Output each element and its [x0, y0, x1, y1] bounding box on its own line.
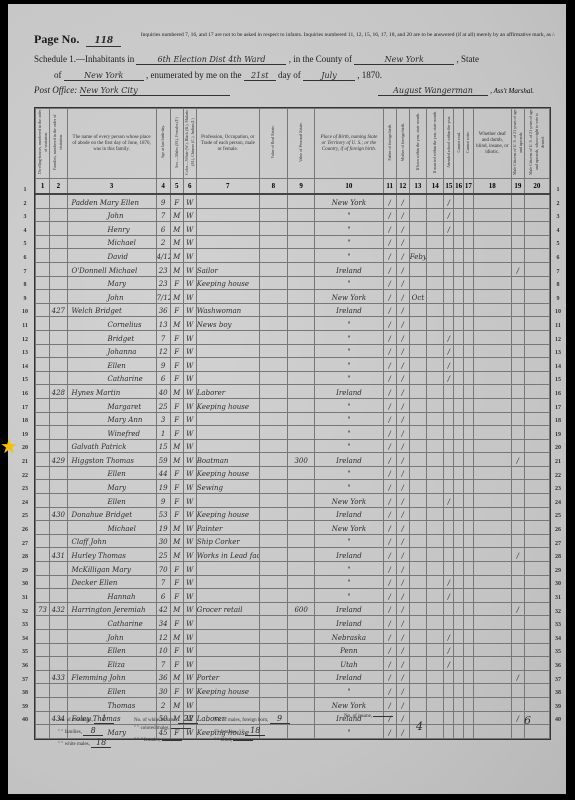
cell-age: 25: [156, 398, 170, 412]
line-number: 1: [551, 187, 565, 193]
cell-c14: [427, 643, 444, 657]
cell-c20: [524, 194, 549, 208]
cell-family: [50, 249, 67, 263]
cell-c17: [464, 616, 474, 630]
cell-personal: [288, 194, 315, 208]
cell-color: W: [183, 317, 196, 331]
cell-age: 40: [156, 385, 170, 399]
cell-color: W: [183, 371, 196, 385]
star-icon: ★: [0, 438, 18, 456]
cell-occupation: Sailor: [196, 262, 259, 276]
cell-c13: [409, 276, 426, 290]
state-label: , State: [456, 54, 479, 64]
cell-c12: /: [396, 290, 409, 304]
cell-c20: [524, 317, 549, 331]
cell-name: Bridget: [67, 330, 156, 344]
cell-c17: [464, 235, 474, 249]
line-number: 21: [551, 459, 565, 465]
cell-c20: [524, 643, 549, 657]
cell-personal: [288, 589, 315, 603]
table-row: Michael2MW"//: [36, 235, 550, 249]
cell-family: [50, 344, 67, 358]
table-row: Galvath Patrick15MW"//: [36, 439, 550, 453]
col-num: 4: [156, 179, 170, 195]
cell-c17: [464, 643, 474, 657]
cell-occupation: [196, 643, 259, 657]
cell-color: W: [183, 290, 196, 304]
col-header-13: If born within the year, state month.: [409, 109, 426, 179]
cell-c13: [409, 562, 426, 576]
foreign-males-count: 9: [270, 714, 290, 724]
col-header-1: Dwelling-houses, numbered in the order o…: [36, 109, 50, 179]
line-number: 7: [551, 269, 565, 275]
cell-name: Mary: [67, 276, 156, 290]
cell-c14: [427, 371, 444, 385]
line-number: 23: [551, 486, 565, 492]
cell-c19: /: [511, 453, 524, 467]
cell-c16: [454, 548, 464, 562]
cell-c14: [427, 684, 444, 698]
cell-c15: [444, 398, 454, 412]
table-row: Claff John30MWShip Corker"//: [36, 534, 550, 548]
cell-age: 30: [156, 684, 170, 698]
cell-c13: [409, 262, 426, 276]
cell-c17: [464, 684, 474, 698]
cell-c17: [464, 589, 474, 603]
line-number: 18: [16, 418, 34, 424]
table-row: 431Hurley Thomas25MWWorks in Lead factor…: [36, 548, 550, 562]
cell-c20: [524, 358, 549, 372]
cell-c15: /: [444, 208, 454, 222]
page-number: Page No. 118: [34, 32, 121, 47]
cell-c11: /: [383, 480, 396, 494]
cell-c18: [473, 562, 511, 576]
cell-c11: /: [383, 317, 396, 331]
line-number: 5: [16, 241, 34, 247]
cell-c16: [454, 466, 464, 480]
cell-c14: [427, 194, 444, 208]
cell-c17: [464, 657, 474, 671]
col-header-14: If married within the year, state month.: [427, 109, 444, 179]
cell-personal: [288, 358, 315, 372]
cell-c16: [454, 630, 464, 644]
col-header-6: Color.—White (W.), Black (B.), Mulatto (…: [183, 109, 196, 179]
cell-family: [50, 371, 67, 385]
cell-c11: /: [383, 453, 396, 467]
table-row: Decker Ellen7FW"///: [36, 575, 550, 589]
cell-c12: /: [396, 670, 409, 684]
table-row: John7/12MWNew York//Oct: [36, 290, 550, 304]
cell-sex: M: [170, 222, 183, 236]
col-header-17: Cannot write.: [464, 109, 474, 179]
cell-c18: [473, 657, 511, 671]
cell-c18: [473, 616, 511, 630]
line-number: 35: [16, 649, 34, 655]
line-number: 3: [551, 214, 565, 220]
cell-c17: [464, 412, 474, 426]
line-number: 20: [16, 445, 34, 451]
cell-c20: [524, 630, 549, 644]
line-number: 24: [551, 500, 565, 506]
cell-occupation: [196, 630, 259, 644]
cell-personal: [288, 684, 315, 698]
line-number: 19: [16, 432, 34, 438]
cell-name: Padden Mary Ellen: [67, 194, 156, 208]
cell-c13: [409, 548, 426, 562]
cell-birthplace: ": [315, 208, 383, 222]
line-number: 15: [16, 377, 34, 383]
enumerated-label: , enumerated by me on the: [146, 70, 241, 80]
cell-c17: [464, 548, 474, 562]
cell-birthplace: ": [315, 222, 383, 236]
cell-sex: M: [170, 439, 183, 453]
post-office-field: New York City: [80, 86, 230, 96]
cell-c12: /: [396, 643, 409, 657]
families-count: 8: [83, 726, 103, 736]
cell-color: W: [183, 630, 196, 644]
of-label: of: [54, 70, 62, 80]
cell-personal: [288, 290, 315, 304]
cell-c11: /: [383, 494, 396, 508]
cell-c11: /: [383, 643, 396, 657]
cell-occupation: Keeping house: [196, 398, 259, 412]
colored-males-count: [171, 728, 191, 729]
cell-c15: [444, 562, 454, 576]
cell-color: W: [183, 521, 196, 535]
table-row: Margaret25FWKeeping house"//: [36, 398, 550, 412]
cell-c11: /: [383, 194, 396, 208]
cell-c12: /: [396, 657, 409, 671]
cell-c13: [409, 643, 426, 657]
cell-family: 432: [50, 602, 67, 616]
line-number: 13: [16, 350, 34, 356]
cell-name: Catharine: [67, 616, 156, 630]
line-number: 22: [16, 473, 34, 479]
cell-age: 7/12: [156, 290, 170, 304]
cell-c11: /: [383, 262, 396, 276]
cell-birthplace: New York: [315, 494, 383, 508]
cell-personal: 300: [288, 453, 315, 467]
cell-family: 429: [50, 453, 67, 467]
cell-color: W: [183, 453, 196, 467]
cell-c14: [427, 426, 444, 440]
line-number: 1: [16, 187, 34, 193]
cell-c19: [511, 344, 524, 358]
cell-c11: /: [383, 616, 396, 630]
colored-females-label: " " " females,: [134, 738, 161, 743]
cell-sex: M: [170, 208, 183, 222]
cell-birthplace: Ireland: [315, 670, 383, 684]
cell-name: Ellen: [67, 466, 156, 480]
cell-sex: F: [170, 480, 183, 494]
cell-c12: /: [396, 562, 409, 576]
cell-name: Johanna: [67, 344, 156, 358]
cell-personal: [288, 548, 315, 562]
cell-c17: [464, 344, 474, 358]
cell-birthplace: Ireland: [315, 453, 383, 467]
cell-c11: /: [383, 290, 396, 304]
col-num: 6: [183, 179, 196, 195]
cell-c16: [454, 439, 464, 453]
cell-dwelling: [36, 534, 50, 548]
cell-real: [259, 684, 287, 698]
cell-sex: F: [170, 398, 183, 412]
cell-birthplace: ": [315, 466, 383, 480]
cell-c18: [473, 398, 511, 412]
cell-c17: [464, 670, 474, 684]
cell-c17: [464, 426, 474, 440]
cell-c13: [409, 358, 426, 372]
line-number: 34: [16, 636, 34, 642]
cell-c16: [454, 317, 464, 331]
cell-c12: /: [396, 262, 409, 276]
cell-birthplace: ": [315, 358, 383, 372]
column-number-row: 1 2 3 4 5 6 7 8 9 10 11 12 13 14 15 16 1…: [36, 179, 550, 195]
cell-c16: [454, 575, 464, 589]
cell-age: 2: [156, 235, 170, 249]
cell-c17: [464, 534, 474, 548]
table-row: Winefred1FW"//: [36, 426, 550, 440]
cell-c14: [427, 630, 444, 644]
cell-c16: [454, 480, 464, 494]
cell-name: O'Donnell Michael: [67, 262, 156, 276]
table-row: Mary Ann3FW"//: [36, 412, 550, 426]
schedule-label: Schedule 1.—Inhabitants in: [34, 54, 134, 64]
cell-personal: [288, 657, 315, 671]
col-num: 12: [396, 179, 409, 195]
cell-c17: [464, 602, 474, 616]
cell-real: [259, 494, 287, 508]
cell-sex: M: [170, 630, 183, 644]
cell-age: 36: [156, 670, 170, 684]
cell-c13: [409, 317, 426, 331]
cell-age: 12: [156, 344, 170, 358]
cell-c16: [454, 589, 464, 603]
cell-c11: /: [383, 439, 396, 453]
census-table: Dwelling-houses, numbered in the order o…: [34, 107, 551, 740]
line-number: 30: [16, 581, 34, 587]
table-row: Ellen44FWKeeping house"//: [36, 466, 550, 480]
table-row: Ellen9FWNew York///: [36, 494, 550, 508]
cell-color: W: [183, 412, 196, 426]
cell-family: [50, 276, 67, 290]
cell-c12: /: [396, 548, 409, 562]
cell-c14: [427, 249, 444, 263]
white-females-count: 22: [178, 714, 198, 724]
cell-sex: F: [170, 330, 183, 344]
line-number: 17: [16, 405, 34, 411]
table-row: Ellen10FWPenn///: [36, 643, 550, 657]
line-number: 6: [551, 255, 565, 261]
line-number: 23: [16, 486, 34, 492]
cell-color: W: [183, 575, 196, 589]
cell-c17: [464, 466, 474, 480]
cell-family: [50, 235, 67, 249]
cell-c14: [427, 276, 444, 290]
col-header-2: Families, numbered in the order of visit…: [50, 109, 67, 179]
cell-occupation: [196, 562, 259, 576]
cell-color: W: [183, 235, 196, 249]
cell-c19: [511, 222, 524, 236]
line-number: 25: [551, 513, 565, 519]
cell-c19: [511, 358, 524, 372]
cell-c15: [444, 303, 454, 317]
cell-sex: F: [170, 194, 183, 208]
cell-c14: [427, 412, 444, 426]
line-number: 37: [551, 677, 565, 683]
cell-c18: [473, 684, 511, 698]
cell-c13: [409, 670, 426, 684]
col-header-18: Whether deaf and dumb, blind, insane, or…: [473, 109, 511, 179]
cell-c19: [511, 439, 524, 453]
cell-c18: [473, 453, 511, 467]
cell-name: Claff John: [67, 534, 156, 548]
cell-c14: [427, 548, 444, 562]
cell-c18: [473, 194, 511, 208]
cell-c14: [427, 222, 444, 236]
cell-real: [259, 602, 287, 616]
line-number: 38: [16, 690, 34, 696]
cell-c12: /: [396, 521, 409, 535]
cell-c19: [511, 589, 524, 603]
colored-females-count: [162, 740, 182, 741]
cell-c18: [473, 480, 511, 494]
cell-c12: /: [396, 466, 409, 480]
cell-name: Catharine: [67, 371, 156, 385]
cell-personal: [288, 575, 315, 589]
cell-sex: F: [170, 466, 183, 480]
cell-c12: /: [396, 385, 409, 399]
cell-c19: [511, 521, 524, 535]
cell-c11: /: [383, 657, 396, 671]
cell-real: [259, 330, 287, 344]
cell-c15: [444, 480, 454, 494]
cell-c14: [427, 534, 444, 548]
col-header-15: Attended school within the year.: [444, 109, 454, 179]
cell-dwelling: [36, 616, 50, 630]
line-number: 21: [16, 459, 34, 465]
line-number: 32: [16, 609, 34, 615]
cell-name: David: [67, 249, 156, 263]
cell-c20: [524, 453, 549, 467]
table-row: 430Donahue Bridget53FWKeeping houseIrela…: [36, 507, 550, 521]
cell-family: [50, 290, 67, 304]
table-row: O'Donnell Michael23MWSailorIreland///: [36, 262, 550, 276]
cell-age: 23: [156, 276, 170, 290]
cell-real: [259, 398, 287, 412]
cell-c18: [473, 412, 511, 426]
cell-color: W: [183, 249, 196, 263]
cell-birthplace: ": [315, 439, 383, 453]
cell-c15: /: [444, 494, 454, 508]
cell-real: [259, 616, 287, 630]
cell-c17: [464, 194, 474, 208]
cell-c20: [524, 521, 549, 535]
table-row: Ellen9FW"///: [36, 358, 550, 372]
cell-c16: [454, 412, 464, 426]
cell-c17: [464, 453, 474, 467]
cell-personal: [288, 643, 315, 657]
cell-occupation: [196, 589, 259, 603]
cell-c12: /: [396, 616, 409, 630]
col-num: 20: [524, 179, 549, 195]
cell-c17: [464, 480, 474, 494]
cell-c16: [454, 208, 464, 222]
cell-c15: [444, 262, 454, 276]
cell-family: [50, 439, 67, 453]
cell-c17: [464, 575, 474, 589]
cell-c11: /: [383, 589, 396, 603]
table-row: John12MWNebraska///: [36, 630, 550, 644]
cell-c15: /: [444, 371, 454, 385]
cell-dwelling: [36, 385, 50, 399]
cell-family: 430: [50, 507, 67, 521]
line-number: 2: [551, 201, 565, 207]
cell-family: [50, 358, 67, 372]
cell-sex: F: [170, 589, 183, 603]
cell-occupation: [196, 657, 259, 671]
cell-color: W: [183, 589, 196, 603]
cell-c16: [454, 249, 464, 263]
cell-sex: F: [170, 426, 183, 440]
cell-c18: [473, 249, 511, 263]
cell-c13: [409, 412, 426, 426]
cell-c15: [444, 466, 454, 480]
cell-c19: [511, 426, 524, 440]
cell-c19: [511, 643, 524, 657]
cell-family: [50, 643, 67, 657]
cell-age: 19: [156, 521, 170, 535]
cell-dwelling: [36, 344, 50, 358]
line-number: 8: [16, 282, 34, 288]
cell-c11: /: [383, 235, 396, 249]
cell-age: 59: [156, 453, 170, 467]
cell-c15: /: [444, 222, 454, 236]
page-number-label: Page No.: [34, 32, 79, 46]
cell-c12: /: [396, 494, 409, 508]
cell-c18: [473, 262, 511, 276]
cell-real: [259, 507, 287, 521]
cell-occupation: [196, 290, 259, 304]
cell-personal: [288, 630, 315, 644]
cell-c20: [524, 548, 549, 562]
cell-birthplace: Nebraska: [315, 630, 383, 644]
cell-c18: [473, 317, 511, 331]
cell-c19: [511, 480, 524, 494]
cell-name: Galvath Patrick: [67, 439, 156, 453]
cell-c15: [444, 521, 454, 535]
cell-c18: [473, 534, 511, 548]
table-row: Catharine34FWIreland//: [36, 616, 550, 630]
cell-color: W: [183, 507, 196, 521]
cell-c14: [427, 358, 444, 372]
cell-c12: /: [396, 303, 409, 317]
cell-c13: Oct: [409, 290, 426, 304]
cell-age: 30: [156, 534, 170, 548]
cell-personal: [288, 507, 315, 521]
cell-c18: [473, 439, 511, 453]
cell-age: 9: [156, 194, 170, 208]
table-row: 433Flemming John36MWPorterIreland///: [36, 670, 550, 684]
cell-birthplace: ": [315, 249, 383, 263]
cell-family: [50, 412, 67, 426]
cell-sex: F: [170, 344, 183, 358]
cell-c18: [473, 466, 511, 480]
cell-color: W: [183, 643, 196, 657]
cell-color: W: [183, 480, 196, 494]
line-number: 13: [551, 350, 565, 356]
cell-c19: [511, 534, 524, 548]
